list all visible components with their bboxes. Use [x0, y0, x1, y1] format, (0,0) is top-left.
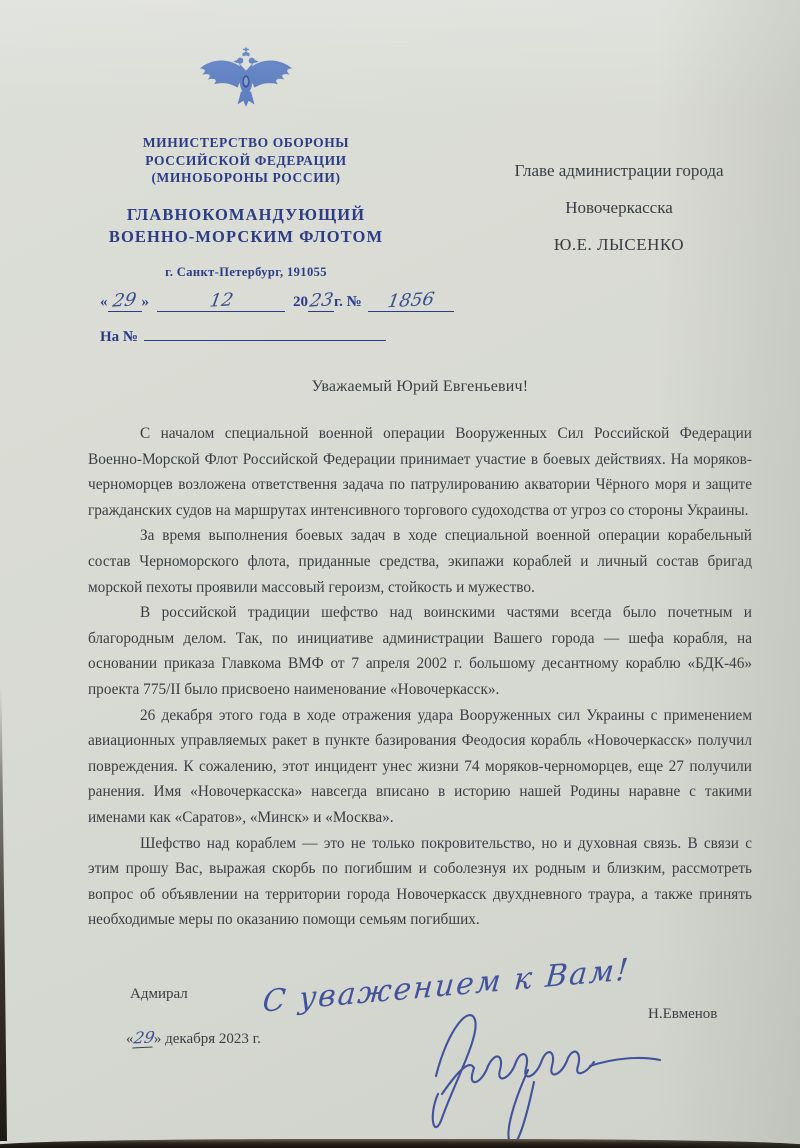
- handwritten-month: 12: [208, 289, 234, 311]
- scan-edge-bottom: [0, 1139, 800, 1148]
- handwritten-day: 29: [111, 289, 137, 311]
- signer-name: Н.Евменов: [648, 1006, 717, 1023]
- open-quote: «: [100, 294, 108, 310]
- close-quote: »: [142, 294, 150, 310]
- paragraph-2: За время выполнения боевых задач в ходе …: [88, 523, 752, 600]
- double-headed-eagle-emblem-icon: [196, 34, 296, 122]
- handwritten-signature-day: 29: [132, 1027, 156, 1048]
- signature-date: «29» декабря 2023 г.: [126, 1028, 261, 1048]
- na-number-label: На №: [100, 329, 138, 345]
- date-rest: » декабря 2023 г.: [154, 1031, 261, 1047]
- commander-line2: ВОЕННО-МОРСКИМ ФЛОТОМ: [95, 226, 397, 248]
- recipient-block: Главе администрации города Новочеркасска…: [468, 152, 770, 263]
- paragraph-1: С началом специальной военной операции В…: [88, 421, 752, 523]
- commander-title: ГЛАВНОКОМАНДУЮЩИЙ ВОЕННО-МОРСКИМ ФЛОТОМ: [95, 204, 397, 248]
- signature-flourish-icon: [408, 998, 664, 1148]
- blank-reference-rule: [144, 326, 386, 341]
- handwritten-year: 23: [308, 289, 334, 311]
- commander-line1: ГЛАВНОКОМАНДУЮЩИЙ: [95, 204, 397, 226]
- scan-edge-left: [0, 688, 7, 1141]
- signer-rank: Адмирал: [130, 986, 188, 1003]
- letterhead: МИНИСТЕРСТВО ОБОРОНЫ РОССИЙСКОЙ ФЕДЕРАЦИ…: [95, 34, 397, 280]
- handwritten-outgoing-number: 1856: [386, 289, 436, 312]
- incoming-reference-line: На №: [100, 326, 386, 346]
- recipient-line1: Главе администрации города: [468, 152, 770, 189]
- paragraph-4: 26 декабря этого года в ходе отражения у…: [88, 703, 752, 831]
- letter-body: С началом специальной военной операции В…: [88, 421, 752, 933]
- scanned-letter-page: МИНИСТЕРСТВО ОБОРОНЫ РОССИЙСКОЙ ФЕДЕРАЦИ…: [0, 0, 800, 1148]
- headquarters-address: г. Санкт-Петербург, 191055: [95, 265, 397, 280]
- paragraph-5: Шефство над кораблем — это не только пок…: [88, 831, 752, 933]
- year-prefix: 20: [293, 294, 308, 310]
- ministry-name: МИНИСТЕРСТВО ОБОРОНЫ РОССИЙСКОЙ ФЕДЕРАЦИ…: [95, 134, 397, 187]
- year-suffix: г. №: [334, 294, 362, 310]
- paragraph-3: В российской традиции шефство над воинск…: [88, 600, 752, 702]
- ministry-line3: (МИНОБОРОНЫ РОССИИ): [95, 169, 397, 187]
- salutation: Уважаемый Юрий Евгеньевич!: [88, 378, 752, 396]
- reference-date-line: «29»122023г. №1856: [100, 290, 454, 312]
- ministry-line1: МИНИСТЕРСТВО ОБОРОНЫ: [95, 134, 397, 152]
- recipient-name: Ю.Е. ЛЫСЕНКО: [468, 226, 770, 263]
- ministry-line2: РОССИЙСКОЙ ФЕДЕРАЦИИ: [95, 152, 397, 170]
- recipient-line2: Новочеркасска: [468, 189, 770, 226]
